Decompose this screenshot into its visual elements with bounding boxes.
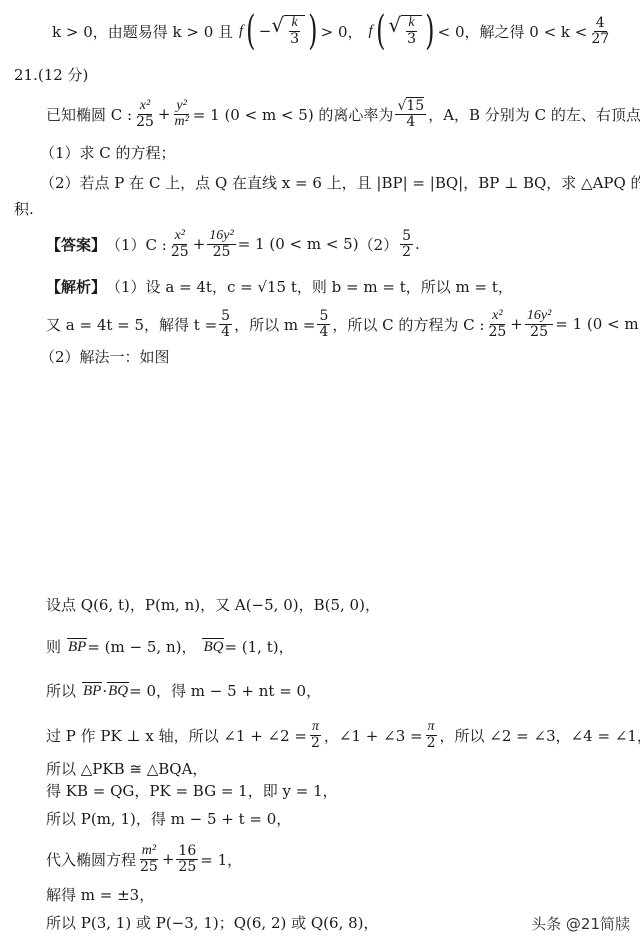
part1-text: （1）求 C 的方程； bbox=[40, 142, 176, 163]
analysis-line2-mid: ，所以 m = bbox=[234, 314, 315, 335]
solution-line-6: 得 KB = QG，PK = BG = 1，即 y = 1， bbox=[46, 780, 338, 801]
fraction-pi-2-b: π2 bbox=[425, 720, 438, 750]
analysis-line1-text: （1）设 a = 4t，c = √15 t，则 b = m = t，所以 m =… bbox=[106, 276, 513, 297]
solution-l4-c: ，所以 ∠2 = ∠3，∠4 = ∠1， bbox=[440, 725, 640, 746]
solution-l8-end: = 1， bbox=[200, 849, 242, 870]
plus-sign: + bbox=[193, 235, 206, 253]
fraction-x2-25: x²25 bbox=[169, 229, 191, 259]
fraction-m2-25: m²25 bbox=[138, 844, 160, 874]
solution-line-2: 则 BP = (m − 5, n)， BQ = (1, t)， bbox=[46, 636, 294, 657]
minus-sign: − bbox=[259, 22, 272, 40]
fraction-sqrt15-4: √154 bbox=[395, 99, 426, 129]
paren-open-2: ( bbox=[376, 11, 385, 51]
sqrt-k-over-3-b: √ k3 bbox=[388, 15, 422, 46]
gt-zero: > 0， bbox=[321, 21, 363, 42]
problem-part-2: （2）若点 P 在 C 上，点 Q 在直线 x = 6 上，且 |BP| = |… bbox=[40, 172, 640, 193]
fraction-5-4-b: 54 bbox=[317, 309, 330, 339]
watermark: 头条 @21简牍 bbox=[531, 913, 630, 934]
fraction-16y2-25: 16y²25 bbox=[525, 309, 553, 339]
solution-l6-text: 得 KB = QG，PK = BG = 1，即 y = 1， bbox=[46, 780, 338, 801]
stmt-prefix: 已知椭圆 C : bbox=[46, 104, 132, 125]
radical-icon: √ bbox=[388, 15, 401, 46]
function-f: f bbox=[239, 23, 243, 40]
problem-part-2-cont: 积. bbox=[14, 198, 34, 219]
vector-bq: BQ bbox=[107, 682, 129, 700]
solution-line-1: 设点 Q(6, t)，P(m, n)，又 A(−5, 0)，B(5, 0)， bbox=[46, 594, 380, 615]
vector-bp: BP bbox=[67, 638, 87, 656]
top-line: k > 0，由题易得 k > 0 且 f ( − √ k3 ) > 0， f (… bbox=[52, 8, 613, 54]
solution-l9-text: 解得 m = ±3， bbox=[46, 884, 154, 905]
solution-line-4: 过 P 作 PK ⊥ x 轴，所以 ∠1 + ∠2 = π2 ，∠1 + ∠3 … bbox=[46, 714, 640, 756]
plus-sign: + bbox=[158, 105, 171, 123]
paren-close-2: ) bbox=[425, 11, 434, 51]
plus-sign: + bbox=[162, 850, 175, 868]
fraction-x2-25: x²25 bbox=[486, 309, 508, 339]
fraction-4-27: 427 bbox=[589, 16, 611, 46]
analysis-line2-mid2: ，所以 C 的方程为 C : bbox=[332, 314, 484, 335]
solution-l2-prefix: 则 bbox=[46, 636, 61, 657]
vector-bq: BQ bbox=[202, 638, 224, 656]
analysis-label: 【解析】 bbox=[46, 276, 106, 297]
solution-l4-a: 过 P 作 PK ⊥ x 轴，所以 ∠1 + ∠2 = bbox=[46, 725, 307, 746]
lt-zero-solve: < 0，解之得 0 < k < bbox=[438, 21, 588, 42]
answer-end: . bbox=[415, 235, 420, 253]
fraction-16y2-25: 16y²25 bbox=[207, 229, 235, 259]
problem-part-1: （1）求 C 的方程； bbox=[40, 142, 176, 163]
radical-icon: √ bbox=[271, 15, 284, 46]
solution-l4-b: ，∠1 + ∠3 = bbox=[324, 725, 423, 746]
problem-statement: 已知椭圆 C : x²25 + y²m² = 1 (0 < m < 5) 的离心… bbox=[46, 92, 640, 136]
analysis-line2-prefix: 又 a = 4t = 5，解得 t = bbox=[46, 314, 217, 335]
solution-line-10: 所以 P(3, 1) 或 P(−3, 1)；Q(6, 2) 或 Q(6, 8)， bbox=[46, 912, 379, 933]
paren-open: ( bbox=[246, 11, 255, 51]
answer-p2-prefix: （2） bbox=[359, 234, 399, 255]
fraction-pi-2: π2 bbox=[309, 720, 322, 750]
fraction-y2-m2: y²m² bbox=[172, 99, 190, 129]
fraction-5-2: 52 bbox=[400, 229, 413, 259]
answer-line: 【答案】 （1）C : x²25 + 16y²25 = 1 (0 < m < 5… bbox=[46, 222, 420, 266]
problem-number: 21.(12 分) bbox=[14, 64, 88, 85]
solution-l5-text: 所以 △PKB ≅ △BQA， bbox=[46, 758, 207, 779]
plus-sign: + bbox=[510, 315, 523, 333]
solution-line-7: 所以 P(m, 1)，得 m − 5 + t = 0， bbox=[46, 808, 291, 829]
solution-l3-prefix: 所以 bbox=[46, 680, 76, 701]
solution-l7-text: 所以 P(m, 1)，得 m − 5 + t = 0， bbox=[46, 808, 291, 829]
analysis-line-3: （2）解法一：如图 bbox=[40, 346, 170, 367]
analysis-line-2: 又 a = 4t = 5，解得 t = 54 ，所以 m = 54 ，所以 C … bbox=[46, 302, 640, 346]
sqrt-k-over-3: √ k3 bbox=[271, 15, 305, 46]
analysis-line2-end: = 1 (0 < m < 5). bbox=[555, 315, 640, 333]
solution-l10-text: 所以 P(3, 1) 或 P(−3, 1)；Q(6, 2) 或 Q(6, 8)， bbox=[46, 912, 379, 933]
solution-l2-mid: = (m − 5, n)， bbox=[87, 636, 196, 657]
solution-l1-text: 设点 Q(6, t)，P(m, n)，又 A(−5, 0)，B(5, 0)， bbox=[46, 594, 380, 615]
vector-bp: BP bbox=[82, 682, 102, 700]
analysis-line-1: 【解析】 （1）设 a = 4t，c = √15 t，则 b = m = t，所… bbox=[46, 276, 513, 297]
part2-text: （2）若点 P 在 C 上，点 Q 在直线 x = 6 上，且 |BP| = |… bbox=[40, 172, 640, 193]
solution-line-5: 所以 △PKB ≅ △BQA， bbox=[46, 758, 207, 779]
solution-l8-prefix: 代入椭圆方程 bbox=[46, 849, 136, 870]
figure-placeholder bbox=[40, 375, 600, 585]
solution-line-9: 解得 m = ±3， bbox=[46, 884, 154, 905]
stmt-suffix: ，A，B 分别为 C 的左、右顶点. bbox=[428, 104, 640, 125]
fraction-5-4: 54 bbox=[219, 309, 232, 339]
top-line-text: k > 0，由题易得 k > 0 且 bbox=[52, 21, 233, 42]
part2-cont-text: 积. bbox=[14, 198, 34, 219]
answer-p1-prefix: （1）C : bbox=[106, 234, 167, 255]
solution-line-8: 代入椭圆方程 m²25 + 1625 = 1， bbox=[46, 838, 242, 880]
analysis-line3-text: （2）解法一：如图 bbox=[40, 346, 170, 367]
function-f-2: f bbox=[369, 23, 373, 40]
stmt-mid: = 1 (0 < m < 5) 的离心率为 bbox=[193, 104, 394, 125]
solution-line-3: 所以 BP · BQ = 0，得 m − 5 + nt = 0， bbox=[46, 680, 321, 701]
paren-close: ) bbox=[308, 11, 317, 51]
fraction-x2-25: x²25 bbox=[134, 99, 156, 129]
solution-l3-end: = 0，得 m − 5 + nt = 0， bbox=[129, 680, 321, 701]
answer-label: 【答案】 bbox=[46, 234, 106, 255]
fraction-16-25: 1625 bbox=[176, 844, 198, 874]
solution-l2-end: = (1, t)， bbox=[224, 636, 293, 657]
problem-number-text: 21.(12 分) bbox=[14, 64, 88, 85]
answer-eq-cond: = 1 (0 < m < 5) bbox=[238, 235, 359, 253]
